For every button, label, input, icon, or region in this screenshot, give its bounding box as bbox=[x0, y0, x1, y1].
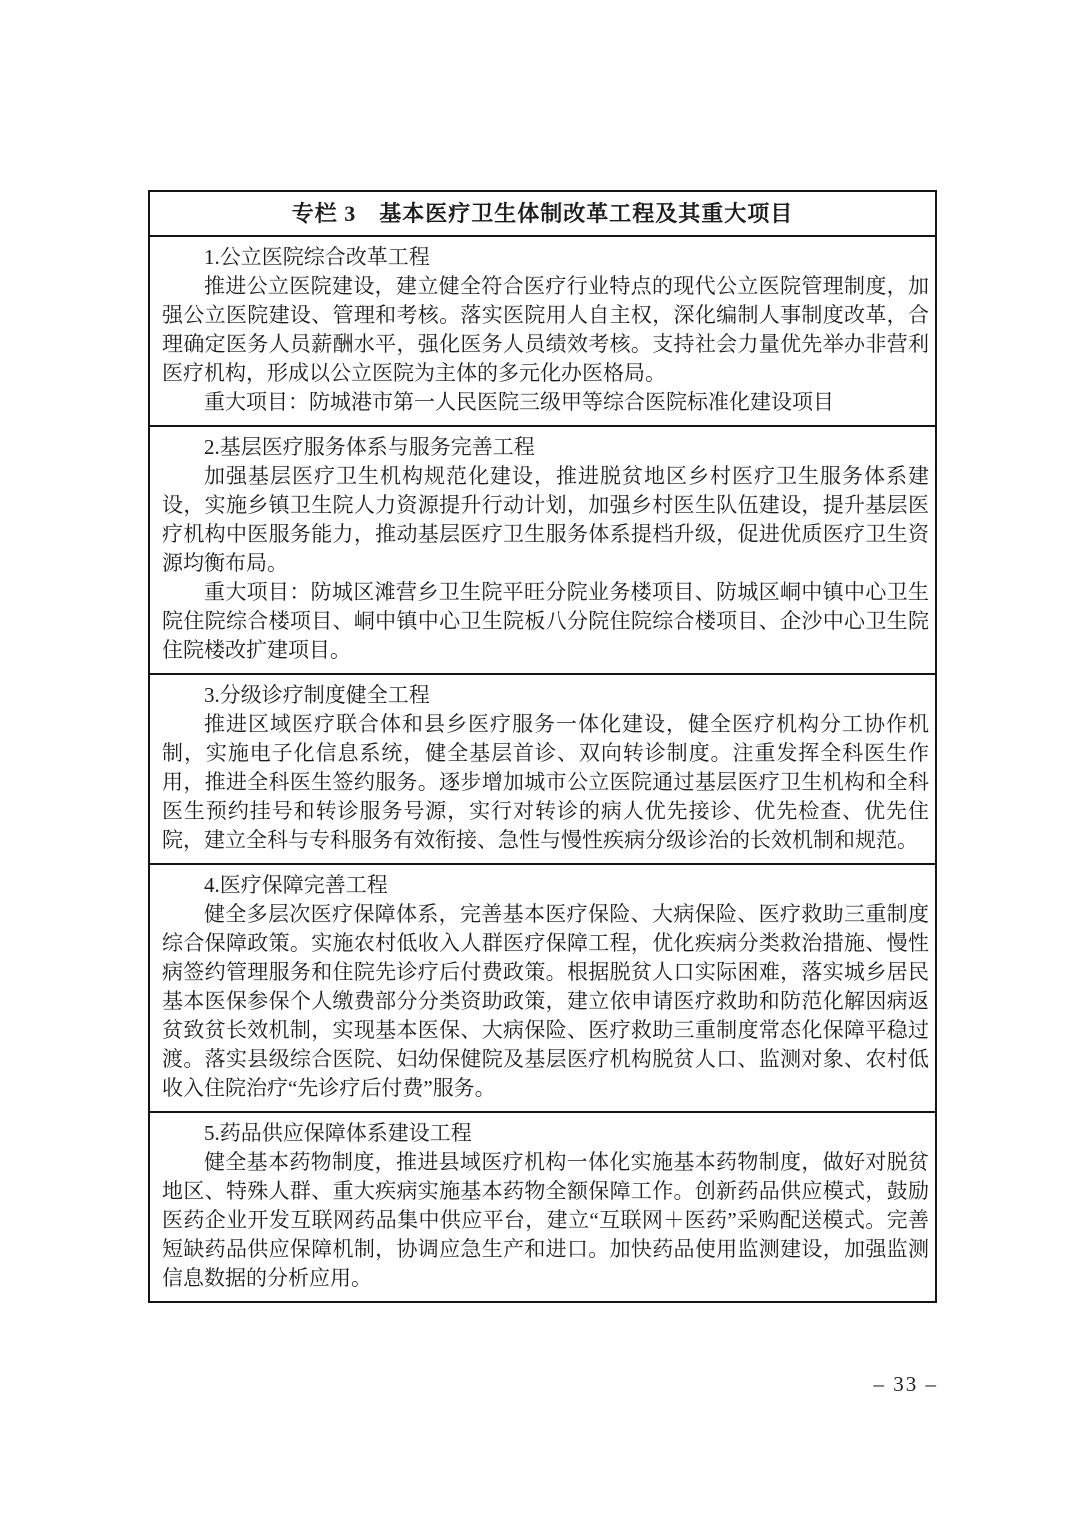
section-paragraph: 健全多层次医疗保障体系，完善基本医疗保险、大病保险、医疗救助三重制度综合保障政策… bbox=[162, 900, 929, 1103]
box-title: 专栏 3 基本医疗卫生体制改革工程及其重大项目 bbox=[150, 192, 935, 237]
section-heading: 4.医疗保障完善工程 bbox=[162, 871, 929, 900]
section-paragraph: 加强基层医疗卫生机构规范化建设，推进脱贫地区乡村医疗卫生服务体系建设，实施乡镇卫… bbox=[162, 462, 929, 578]
box-section-2: 2.基层医疗服务体系与服务完善工程加强基层医疗卫生机构规范化建设，推进脱贫地区乡… bbox=[150, 425, 935, 673]
section-paragraph: 推进公立医院建设，建立健全符合医疗行业特点的现代公立医院管理制度，加强公立医院建… bbox=[162, 272, 929, 388]
box-section-4: 4.医疗保障完善工程健全多层次医疗保障体系，完善基本医疗保险、大病保险、医疗救助… bbox=[150, 863, 935, 1111]
section-heading: 2.基层医疗服务体系与服务完善工程 bbox=[162, 433, 929, 462]
section-heading: 1.公立医院综合改革工程 bbox=[162, 243, 929, 272]
page-number: – 33 – bbox=[874, 1372, 939, 1397]
box-section-3: 3.分级诊疗制度健全工程推进区域医疗联合体和县乡医疗服务一体化建设，健全医疗机构… bbox=[150, 673, 935, 863]
box-sections: 1.公立医院综合改革工程推进公立医院建设，建立健全符合医疗行业特点的现代公立医院… bbox=[150, 237, 935, 1301]
section-heading: 3.分级诊疗制度健全工程 bbox=[162, 681, 929, 710]
box-section-5: 5.药品供应保障体系建设工程健全基本药物制度，推进县域医疗机构一体化实施基本药物… bbox=[150, 1111, 935, 1301]
section-paragraph: 健全基本药物制度，推进县域医疗机构一体化实施基本药物制度，做好对脱贫地区、特殊人… bbox=[162, 1148, 929, 1293]
section-paragraph: 重大项目：防城港市第一人民医院三级甲等综合医院标准化建设项目 bbox=[162, 388, 929, 417]
section-paragraph: 推进区域医疗联合体和县乡医疗服务一体化建设，健全医疗机构分工协作机制，实施电子化… bbox=[162, 710, 929, 855]
box-section-1: 1.公立医院综合改革工程推进公立医院建设，建立健全符合医疗行业特点的现代公立医院… bbox=[150, 237, 935, 425]
policy-column-box: 专栏 3 基本医疗卫生体制改革工程及其重大项目 1.公立医院综合改革工程推进公立… bbox=[148, 190, 937, 1303]
section-heading: 5.药品供应保障体系建设工程 bbox=[162, 1119, 929, 1148]
section-paragraph: 重大项目：防城区滩营乡卫生院平旺分院业务楼项目、防城区峒中镇中心卫生院住院综合楼… bbox=[162, 578, 929, 665]
